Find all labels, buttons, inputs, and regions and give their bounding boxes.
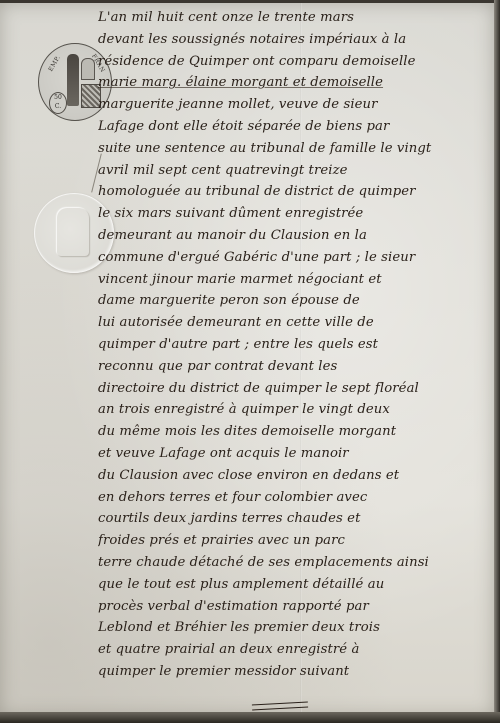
- text-line: L'an mil huit cent onze le trente mars: [98, 7, 490, 29]
- text-line: Leblond et Bréhier les premier deux troi…: [98, 617, 490, 639]
- text-line: courtils deux jardins terres chaudes et: [98, 508, 490, 530]
- text-line: quimper le premier messidor suivant: [98, 661, 490, 683]
- handwritten-text: L'an mil huit cent onze le trente mars d…: [98, 7, 490, 683]
- stamp-value-unit: C.: [50, 102, 66, 111]
- text-line: du Clausion avec close environ en dedans…: [98, 465, 490, 487]
- text-line: suite une sentence au tribunal de famill…: [98, 138, 490, 160]
- text-line: froides prés et prairies avec un parc: [98, 530, 490, 552]
- page-edge-shadow: [494, 0, 500, 723]
- text-line: commune d'ergué Gabéric d'une part ; le …: [98, 247, 490, 269]
- text-line: homologuée au tribunal de district de qu…: [98, 181, 490, 203]
- text-line: en dehors terres et four colombier avec: [98, 487, 490, 509]
- stamp-label-left: EMP.: [47, 54, 62, 72]
- text-line: procès verbal d'estimation rapporté par: [98, 596, 490, 618]
- document-page: EMP. FRAN 50 C. L'an mil huit cent onze …: [0, 3, 494, 716]
- text-line: demeurant au manoir du Clausion en la: [98, 225, 490, 247]
- text-line: lui autorisée demeurant en cette ville d…: [98, 312, 490, 334]
- text-line: marguerite jeanne mollet, veuve de sieur: [98, 94, 490, 116]
- text-line: et quatre prairial an deux enregistré à: [98, 639, 490, 661]
- stamp-figure-icon: [67, 54, 79, 106]
- seal-figure-icon: [57, 208, 89, 256]
- text-line: an trois enregistré à quimper le vingt d…: [98, 399, 490, 421]
- text-line: le six mars suivant dûment enregistrée: [98, 203, 490, 225]
- stamp-value-number: 50: [50, 93, 66, 102]
- text-line: du même mois les dites demoiselle morgan…: [98, 421, 490, 443]
- text-line: directoire du district de quimper le sep…: [98, 378, 490, 400]
- stamp-tablets-icon: [81, 58, 95, 80]
- stamp-value: 50 C.: [49, 92, 67, 114]
- text-line: dame marguerite peron son épouse de: [98, 290, 490, 312]
- text-line: marie marg. élaine morgant et demoiselle: [98, 72, 490, 94]
- text-line: reconnu que par contrat devant les: [98, 356, 490, 378]
- page-bottom-shadow: [0, 712, 500, 723]
- text-line: vincent jinour marie marmet négociant et: [98, 269, 490, 291]
- text-line: résidence de Quimper ont comparu demoise…: [98, 51, 490, 73]
- text-line: et veuve Lafage ont acquis le manoir: [98, 443, 490, 465]
- text-line: quimper d'autre part ; entre les quels e…: [98, 334, 490, 356]
- text-line: devant les soussignés notaires impériaux…: [98, 29, 490, 51]
- text-line: que le tout est plus amplement détaillé …: [98, 574, 490, 596]
- text-line: Lafage dont elle étoit séparée de biens …: [98, 116, 490, 138]
- text-line: terre chaude détaché de ses emplacements…: [98, 552, 490, 574]
- text-line: avril mil sept cent quatrevingt treize: [98, 160, 490, 182]
